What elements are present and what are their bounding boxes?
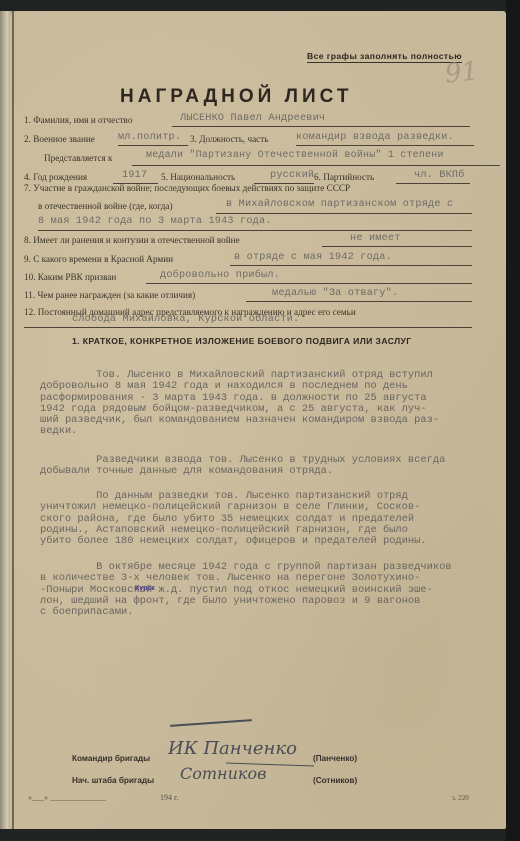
field-6-underline (396, 183, 470, 184)
field-2-value: мл.политр. (118, 132, 181, 143)
chief-of-staff-label: Нач. штаба бригады (72, 776, 154, 785)
field-2-underline (118, 145, 188, 146)
field-1-underline (172, 126, 470, 127)
field-8-underline (322, 246, 472, 247)
field-7-underline-2 (38, 230, 472, 231)
field-10-underline (146, 283, 472, 284)
field-6-value: чл. ВКПб (414, 170, 465, 181)
commander-label: Командир бригады (72, 754, 150, 763)
print-code: з. 220 (452, 794, 469, 802)
field-4-value: 1917 (122, 170, 147, 181)
paragraph-3: По данным разведки тов. Лысенко партизан… (40, 491, 500, 547)
field-1-label: 1. Фамилия, имя и отчество (24, 115, 132, 125)
chief-of-staff-name: (Сотников) (313, 776, 357, 785)
field-7-value-line2: 8 мая 1942 года по 3 марта 1943 года. (38, 216, 272, 227)
section-heading: 1. КРАТКОЕ, КОНКРЕТНОЕ ИЗЛОЖЕНИЕ БОЕВОГО… (72, 336, 412, 346)
date-year: 194 г. (160, 793, 178, 802)
field-10-label: 10. Каким РВК призван (24, 272, 116, 282)
field-9-label: 9. С какого времени в Красной Армии (24, 254, 173, 264)
field-2-label: 2. Военное звание (24, 134, 95, 144)
field-7-value-line1: в Михайловском партизанском отряде с (226, 199, 453, 210)
field-8-value: не имеет (350, 233, 401, 244)
field-1-value: ЛЫСЕНКО Павел Андреевич (180, 113, 325, 124)
field-12-value: слобода Михайловка, Курской области. (72, 314, 299, 325)
stamp-overlay: Курск (135, 585, 155, 592)
field-5-label: 5. Национальность (161, 172, 235, 182)
paragraph-1: Тов. Лысенко в Михайловский партизанский… (40, 370, 500, 438)
field-5-value: русский (270, 170, 314, 181)
presented-underline (132, 165, 500, 166)
commander-signature: ИК Панченко (168, 738, 297, 759)
page-edge (12, 11, 14, 829)
presented-value: медали "Партизану Отечественной войны" 1… (146, 150, 444, 161)
paragraph-2: Разведчики взвода тов. Лысенко в трудных… (40, 455, 500, 478)
field-3-label: 3. Должность, часть (190, 134, 268, 144)
field-8-label: 8. Имеет ли ранения и контузии в отечест… (24, 235, 240, 245)
field-9-value: в отряде с мая 1942 года. (234, 252, 392, 263)
field-3-underline (296, 145, 474, 146)
field-9-underline (230, 265, 472, 266)
field-7-underline-1 (216, 213, 472, 214)
field-3-value: командир взвода разведки. (296, 132, 454, 143)
field-4-label: 4. Год рождения (24, 172, 87, 182)
field-6-label: 6. Партийность (314, 172, 374, 182)
field-11-value: медалью "За отвагу". (272, 288, 398, 299)
archive-page-mark: 91 (444, 56, 480, 89)
field-11-underline (246, 301, 472, 302)
document-title: НАГРАДНОЙ ЛИСТ (120, 86, 352, 108)
commander-name: (Панченко) (313, 754, 357, 763)
field-12-underline (24, 327, 472, 328)
field-11-label: 11. Чем ранее награжден (за какие отличи… (24, 290, 195, 300)
chief-of-staff-signature: Сотников (180, 764, 266, 783)
paragraph-4: В октябре месяце 1942 года с группой пар… (40, 562, 500, 618)
presented-label: Представляется к (44, 153, 112, 163)
field-7-label-line2: в отечественной войне (где, когда) (38, 201, 173, 211)
date-line: «___» ______________ (28, 793, 106, 802)
scan-background (506, 0, 520, 841)
field-10-value: добровольно прибыл. (160, 270, 280, 281)
field-7-label-line1: 7. Участие в гражданской войне; последую… (24, 183, 350, 193)
instruction-note: Все графы заполнять полностью (307, 51, 462, 63)
